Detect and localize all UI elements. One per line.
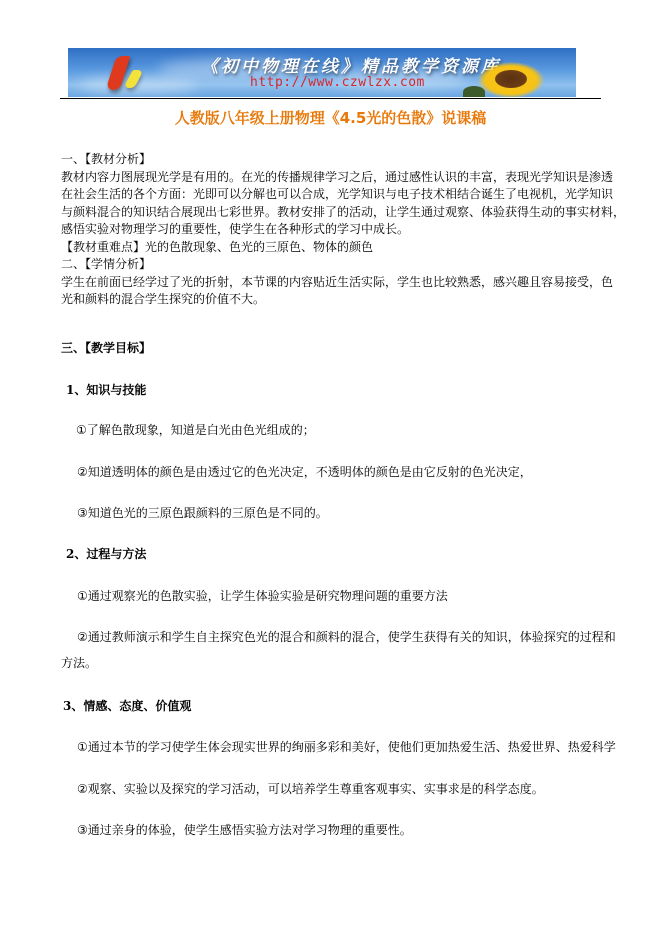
objective-item: ②观察、实验以及探究的学习活动，可以培养学生尊重客观事实、实事求是的科学态度。 (77, 780, 544, 797)
paragraph-line: 在社会生活的各个方面：光即可以分解也可以合成，光学知识与电子技术相结合诞生了电视… (61, 186, 606, 204)
objective-item: ②通过教师演示和学生自主探究色光的混合和颜料的混合，使学生获得有关的知识，体验探… (77, 628, 616, 645)
sunflower-icon (478, 62, 544, 97)
subsection-heading: 2、过程与方法 (66, 545, 146, 562)
subsection-heading: 1、知识与技能 (66, 381, 146, 398)
header-divider (60, 98, 601, 99)
header-banner: 《初中物理在线》精品教学资源库 http://www.czwlzx.com (68, 48, 576, 97)
document-title: 人教版八年级上册物理《4.5光的色散》说课稿 (0, 107, 661, 128)
paragraph-line: 学生在前面已经学过了光的折射，本节课的内容贴近生活实际，学生也比较熟悉，感兴趣且… (61, 274, 606, 292)
analysis-block: 一、【教材分析】 教材内容力图展现光学是有用的。在光的传播规律学习之后，通过感性… (61, 151, 606, 309)
paragraph-line: 感悟实验对物理学习的重要性，使学生在各种形式的学习中成长。 (61, 221, 606, 239)
paragraph-line: 光和颜料的混合学生探究的价值不大。 (61, 291, 606, 309)
objective-item: ②知道透明体的颜色是由透过它的色光决定，不透明体的颜色是由它反射的色光决定， (77, 463, 532, 480)
objective-item: ③知道色光的三原色跟颜料的三原色是不同的。 (77, 504, 328, 521)
objective-item-continuation: 方法。 (61, 654, 97, 671)
section-heading: 二、【学情分析】 (61, 256, 606, 274)
objective-item: ①了解色散现象，知道是白光由色光组成的； (76, 421, 315, 438)
banner-url: http://www.czwlzx.com (250, 75, 425, 90)
objective-item: ①通过观察光的色散实验，让学生体验实验是研究物理问题的重要方法 (77, 587, 448, 604)
objective-item: ①通过本节的学习使学生体会现实世界的绚丽多彩和美好，使他们更加热爱生活、热爱世界… (77, 738, 616, 755)
paragraph-line: 教材内容力图展现光学是有用的。在光的传播规律学习之后，通过感性认识的丰富，表现光… (61, 169, 606, 187)
section-heading: 三、【教学目标】 (61, 339, 151, 356)
section-heading: 一、【教材分析】 (61, 151, 606, 169)
banner-title: 《初中物理在线》精品教学资源库 (201, 52, 501, 77)
key-points-line: 【教材重难点】光的色散现象、色光的三原色、物体的颜色 (61, 239, 606, 257)
objective-item: ③通过亲身的体验，使学生感悟实验方法对学习物理的重要性。 (77, 821, 412, 838)
paragraph-line: 与颜料混合的知识结合展现出七彩世界。教材安排了的活动，让学生通过观察、体验获得生… (61, 204, 606, 222)
subsection-heading: 3、情感、态度、价值观 (63, 697, 191, 714)
